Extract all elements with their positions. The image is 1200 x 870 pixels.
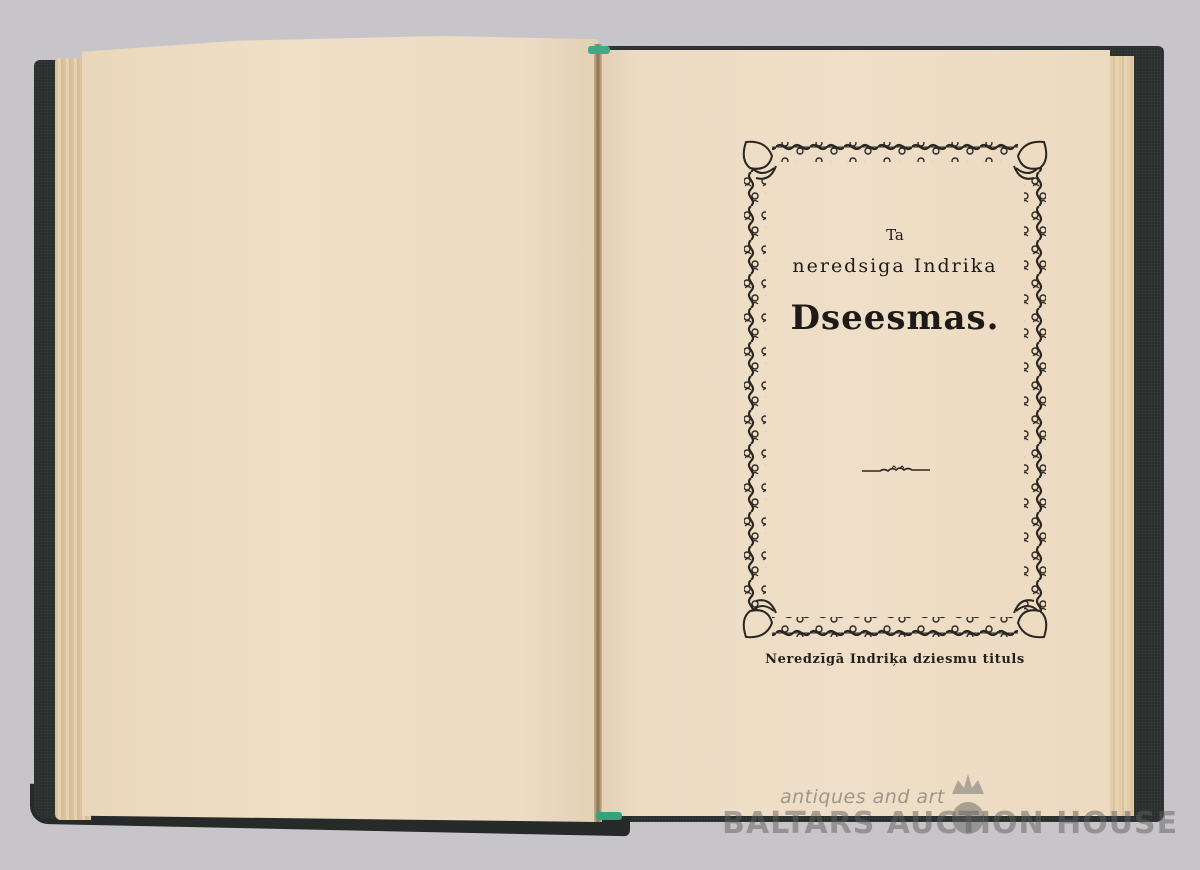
ornamental-border-icon <box>742 138 1048 641</box>
title-line-1: Ta <box>742 226 1048 244</box>
watermark-tagline: antiques and art <box>780 786 945 808</box>
title-line-2: neredsiga Indrika <box>742 255 1048 277</box>
ornament-rule-icon <box>862 460 930 470</box>
left-page-blank <box>82 36 598 822</box>
ornamental-frame <box>742 138 1048 641</box>
title-main: Dseesmas. <box>742 298 1048 338</box>
page-caption: Neredzīgā Indriķa dziesmu tituls <box>700 652 1090 667</box>
watermark-brand: BALTARS AUCTION HOUSE <box>722 806 1178 841</box>
headband-bottom <box>596 812 622 820</box>
headband-top <box>588 46 610 54</box>
book-gutter <box>594 44 602 822</box>
